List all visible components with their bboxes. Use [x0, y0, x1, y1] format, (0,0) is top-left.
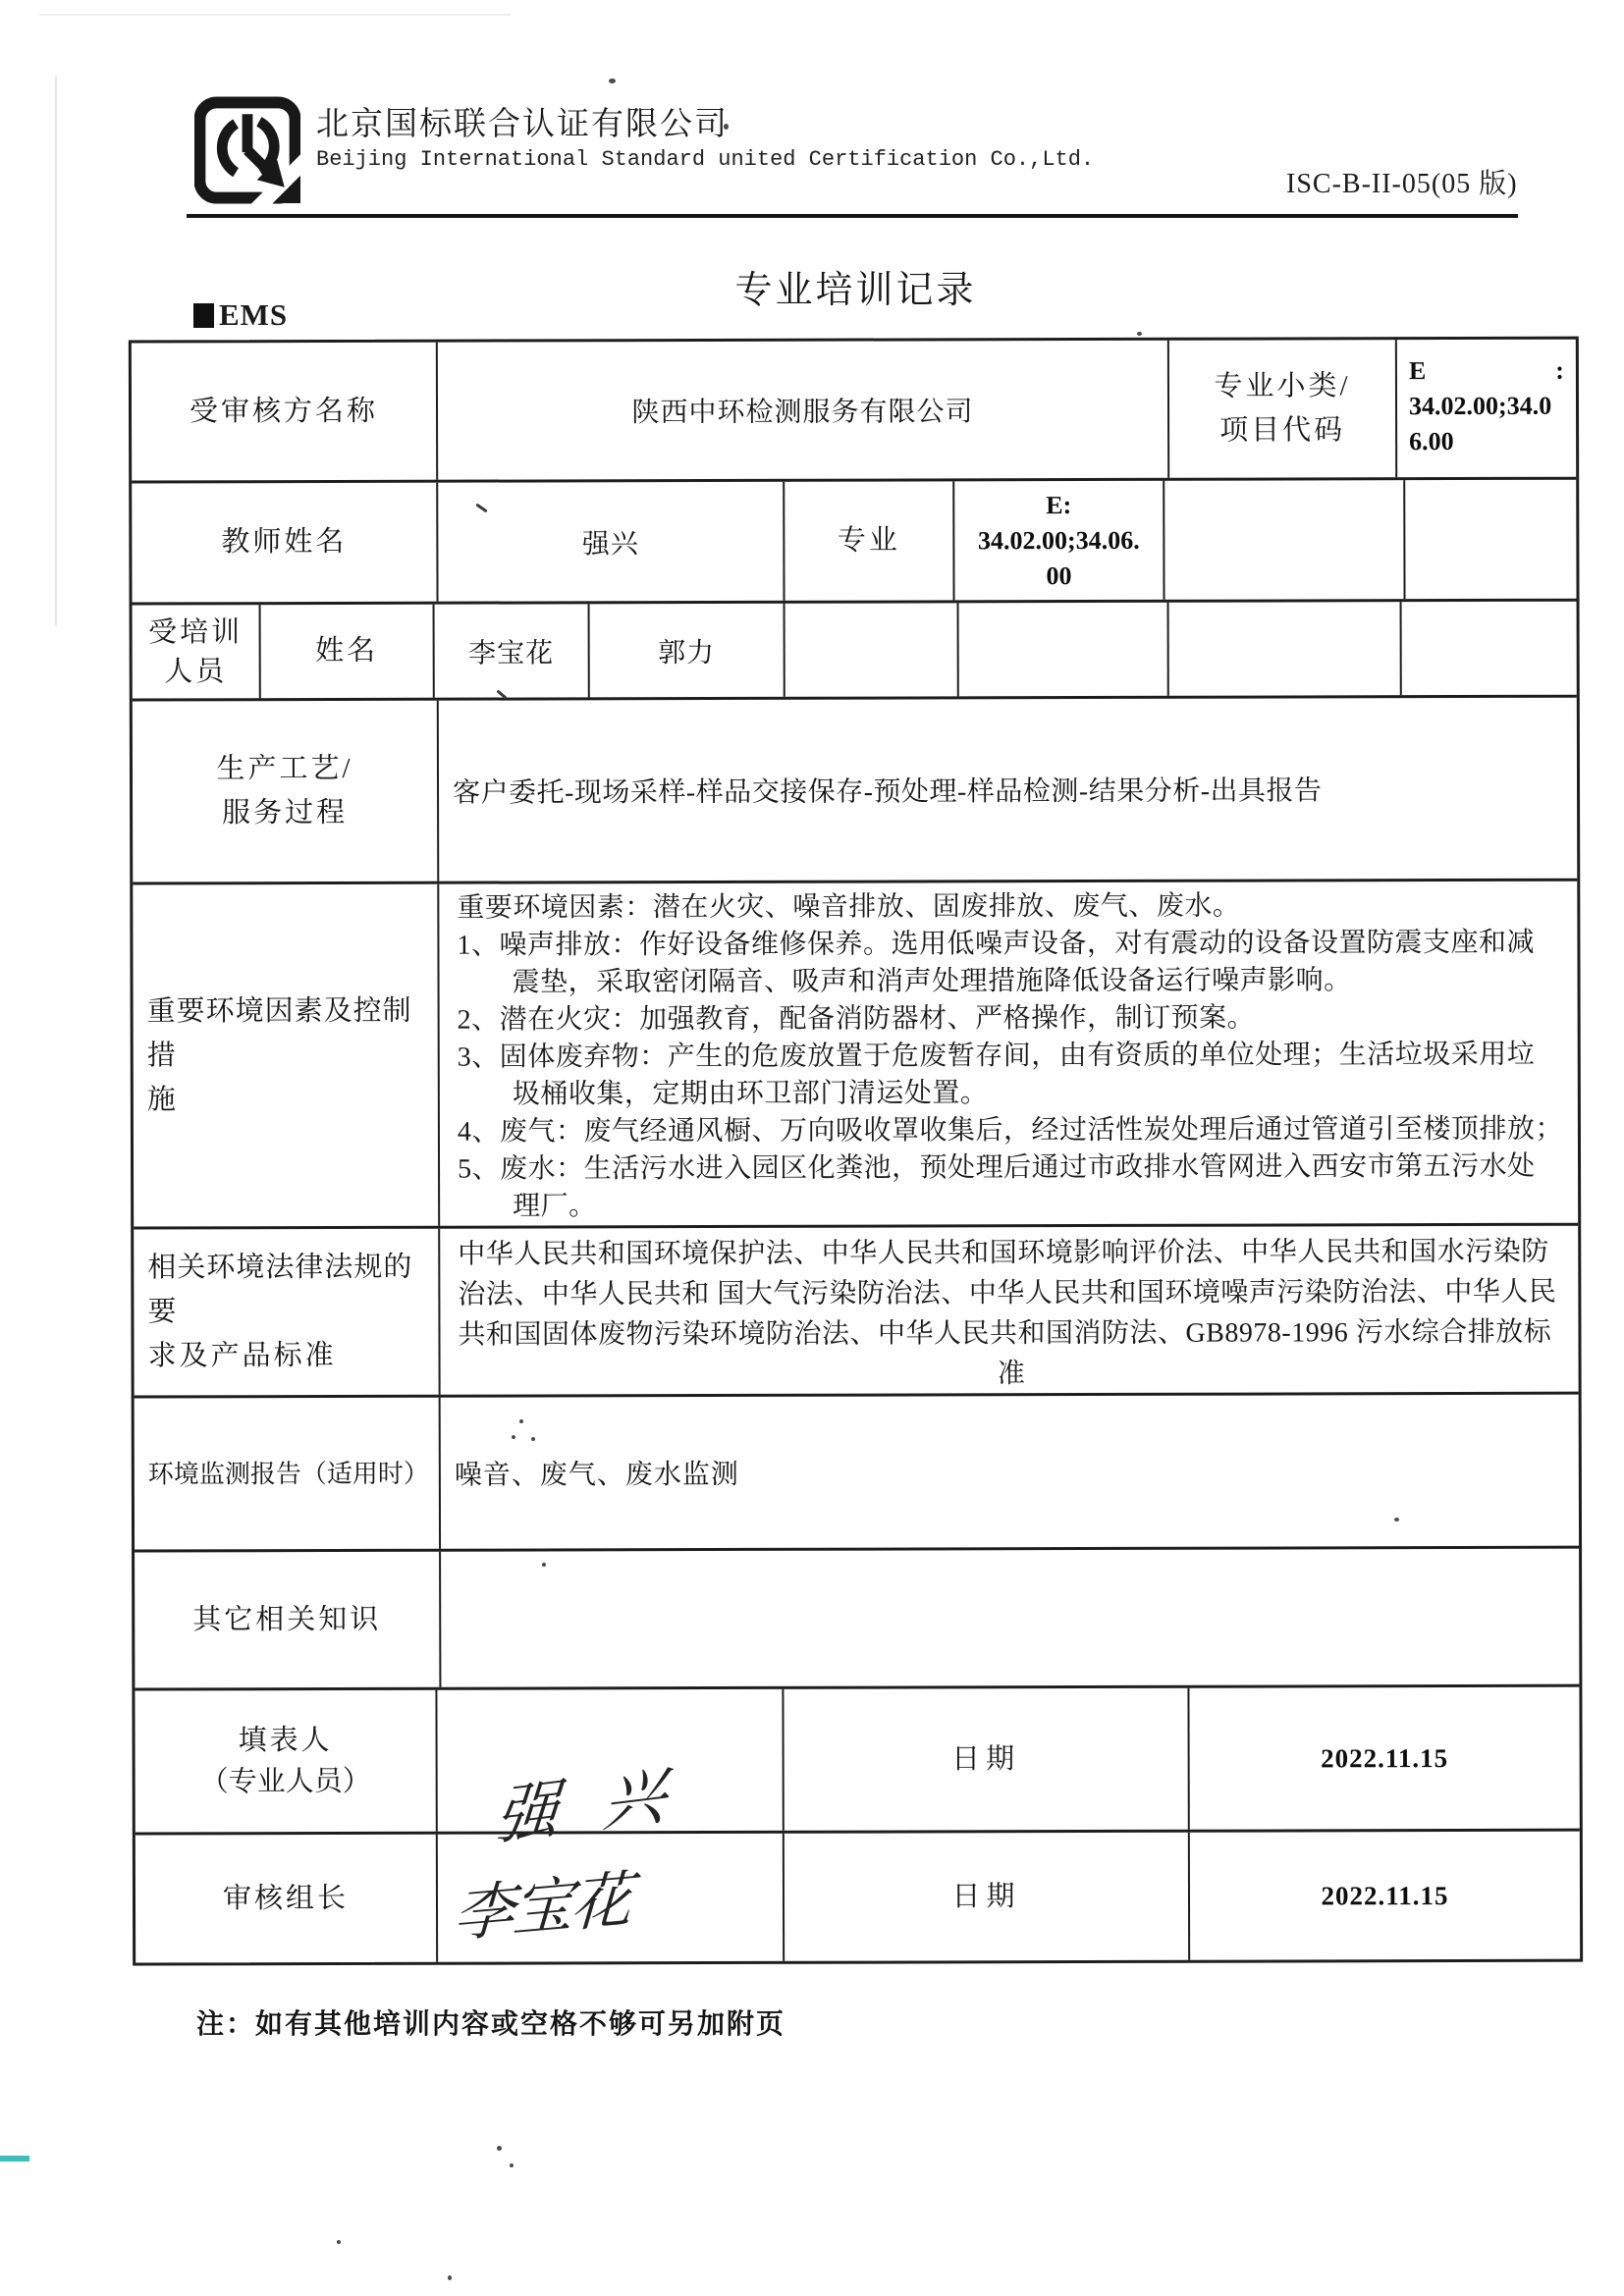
row-process: 生产工艺/ 服务过程 客户委托-现场采样-样品交接保存-预处理-样品检测-结果分…	[133, 698, 1577, 885]
auditor-date: 2022.11.15	[1321, 1881, 1448, 1911]
scan-artifact	[510, 2163, 514, 2167]
scan-artifact	[497, 2146, 502, 2151]
row-teacher: 教师姓名 强兴 专业 E: 34.02.00;34.06. 00	[132, 480, 1576, 606]
row-filler: 填表人 （专业人员） 日期 2022.11.15	[135, 1687, 1579, 1836]
document-code: ISC-B-II-05(05 版)	[1286, 162, 1518, 201]
empty-cell	[1164, 480, 1405, 600]
row-other: 其它相关知识	[135, 1549, 1579, 1691]
other-label: 其它相关知识	[192, 1597, 381, 1642]
process-label: 生产工艺/ 服务过程	[133, 701, 439, 882]
audited-party-value: 陕西中环检测服务有限公司	[631, 390, 973, 430]
monitoring-value: 噪音、废气、废水监测	[455, 1453, 739, 1493]
trainee-name-label: 姓名	[315, 629, 378, 673]
filler-date-label: 日期	[951, 1737, 1020, 1782]
company-name-en: Beijing International Standard united Ce…	[316, 147, 1094, 172]
row-trainees: 受培训 人员 姓名 李宝花 郭力	[133, 602, 1577, 702]
training-record-table: 受审核方名称 陕西中环检测服务有限公司 专业小类/ 项目代码 E: 34.02.…	[129, 337, 1583, 1966]
scan-artifact	[542, 1563, 546, 1567]
header-rule	[187, 214, 1518, 218]
empty-cell	[785, 603, 959, 696]
ems-badge: EMS	[193, 297, 288, 333]
scanned-training-record-page: 北京国标联合认证有限公司 Beijing International Stand…	[0, 0, 1624, 2296]
empty-cell	[959, 603, 1169, 697]
filled-square-icon	[193, 303, 214, 328]
scan-artifact	[337, 2240, 341, 2244]
empty-cell	[1169, 602, 1402, 696]
row-monitoring: 环境监测报告（适用时） 噪音、废气、废水监测	[135, 1395, 1579, 1553]
major-code: E: 34.02.00;34.06. 00	[954, 481, 1164, 601]
ems-badge-label: EMS	[219, 297, 288, 333]
row-laws: 相关环境法律法规的要 求及产品标准 中华人民共和国环境保护法、中华人民共和国环境…	[134, 1226, 1578, 1399]
major-label: 专业	[838, 518, 900, 562]
scan-artifact	[1394, 1518, 1399, 1522]
scan-artifact	[39, 14, 511, 16]
subcategory-label: 专业小类/ 项目代码	[1169, 340, 1397, 478]
company-name-cn: 北京国标联合认证有限公司	[316, 98, 729, 144]
footnote: 注：如有其他培训内容或空格不够可另加附页	[196, 2002, 785, 2042]
auditor-date-label: 日期	[951, 1875, 1020, 1919]
laws-label: 相关环境法律法规的要 求及产品标准	[134, 1229, 440, 1396]
auditor-handwritten-signature: 李宝花	[452, 1850, 632, 1953]
monitoring-label: 环境监测报告（适用时）	[148, 1451, 429, 1496]
filler-label: 填表人 （专业人员）	[135, 1690, 437, 1833]
empty-cell	[1402, 602, 1577, 695]
teacher-name: 强兴	[582, 522, 639, 561]
row-audited-party: 受审核方名称 陕西中环检测服务有限公司 专业小类/ 项目代码 E: 34.02.…	[132, 340, 1576, 484]
certification-mark-logo-icon	[194, 96, 300, 204]
scan-artifact	[609, 79, 616, 83]
filler-date: 2022.11.15	[1321, 1743, 1448, 1774]
env-factors-text: 重要环境因素：潜在火灾、噪音排放、固废排放、废气、废水。 1、噪声排放：作好设备…	[439, 881, 1578, 1226]
scan-artifact	[519, 1419, 523, 1423]
scan-artifact-cyan-line	[0, 2156, 29, 2162]
scan-artifact	[448, 2275, 452, 2280]
auditor-label: 审核组长	[223, 1876, 349, 1920]
empty-cell	[1405, 480, 1576, 599]
trainee-name: 郭力	[658, 630, 715, 669]
row-auditor: 审核组长 日期 2022.11.15	[135, 1832, 1580, 1963]
scan-artifact	[724, 124, 729, 130]
row-env-factors: 重要环境因素及控制措 施 重要环境因素：潜在火灾、噪音排放、固废排放、废气、废水…	[133, 881, 1578, 1230]
audited-party-label: 受审核方名称	[189, 389, 378, 434]
other-value	[441, 1549, 1579, 1687]
scan-artifact	[531, 1437, 535, 1441]
scan-artifact	[1137, 332, 1142, 336]
laws-text: 中华人民共和国环境保护法、中华人民共和国环境影响评价法、中华人民共和国水污染防 …	[440, 1226, 1578, 1395]
teacher-label: 教师姓名	[221, 520, 347, 564]
page-title: 专业培训记录	[131, 259, 1581, 313]
process-value: 客户委托-现场采样-样品交接保存-预处理-样品检测-结果分析-出具报告	[453, 769, 1323, 810]
subcategory-code: E: 34.02.00;34.0 6.00	[1397, 340, 1576, 477]
trainees-label: 受培训 人员	[133, 605, 261, 698]
scan-artifact	[512, 1435, 515, 1439]
trainee-name: 李宝花	[468, 631, 554, 670]
scan-artifact	[55, 77, 57, 626]
env-factors-label: 重要环境因素及控制措 施	[133, 884, 440, 1227]
